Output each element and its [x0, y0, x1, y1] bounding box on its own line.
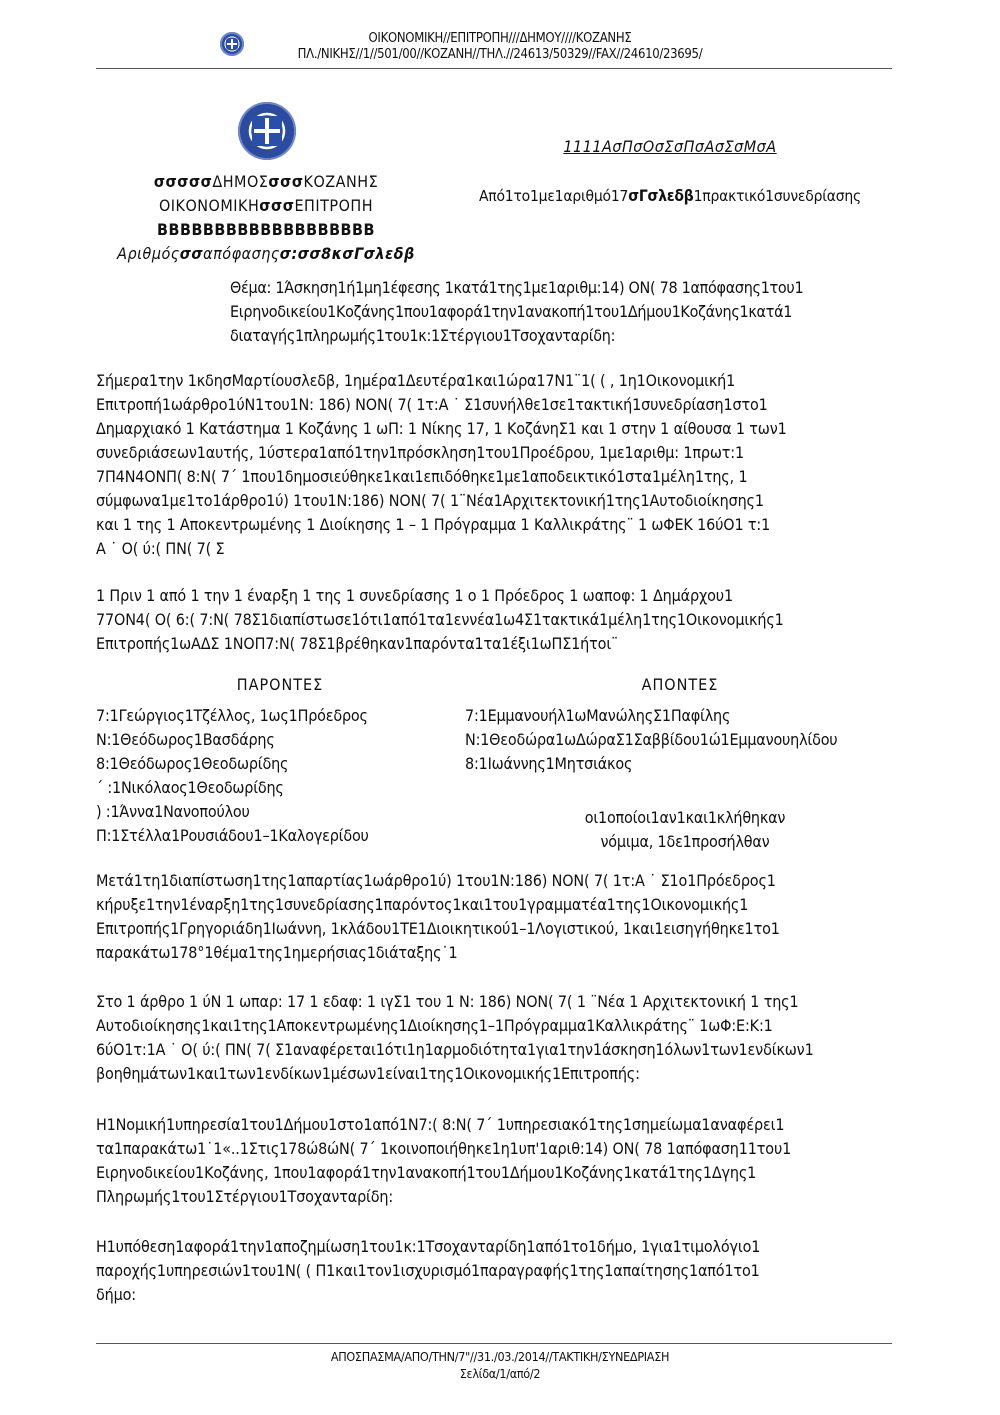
decision-number: Αριθμόςσσαπόφασηςσ:σσ8κσΓσλεδβ: [96, 242, 436, 266]
absent-list: 7:1Εμμανουήλ1ωΜανώληςΣ1Παφίλης Ν:1Θεοδώρ…: [465, 704, 905, 776]
paragraph-opening-declared: Μετά1τη1διαπίστωση1της1απαρτίας1ωάρθρο1ύ…: [96, 869, 904, 965]
present-list: 7:1Γεώργιος1Τζέλλος, 1ως1Πρόεδρος Ν:1Θεό…: [96, 704, 466, 848]
header-line-1: ΟΙΚΟΝΟΜΙΚΗ//ΕΠΙΤΡΟΠΗ///ΔΗΜΟΥ////ΚΟΖΑΝΗΣ: [0, 31, 1000, 46]
paragraph-case-summary: Η1υπόθεση1αφορά1την1αποζημίωση1του1κ:1Τσ…: [96, 1235, 904, 1307]
list-item: ) :1Άννα1Νανοπούλου: [96, 800, 466, 824]
paragraph-legal-service: Η1Νομική1υπηρεσία1του1Δήμου1στο1από1Ν7:(…: [96, 1113, 904, 1209]
paragraph-legal-basis: Στο 1 άρθρο 1 ύΝ 1 ωπαρ: 17 1 εδαφ: 1 ιγ…: [96, 990, 904, 1086]
list-item: 7:1Γεώργιος1Τζέλλος, 1ως1Πρόεδρος: [96, 704, 466, 728]
footer-reference: ΑΠΟΣΠΑΣΜΑ/ΑΠΟ/ΤΗΝ/7"//31./03./2014//ΤΑΚΤ…: [0, 1349, 1000, 1364]
present-header: ΠΑΡΟΝΤΕΣ: [180, 675, 380, 694]
header-rule: [96, 68, 892, 69]
issuer-line-placeholder: BBBBBBBBBBBBBBBBBBB: [96, 218, 436, 242]
footer-rule: [96, 1343, 892, 1344]
absent-header: ΑΠΟΝΤΕΣ: [580, 675, 780, 694]
issuer-block: σσσσσΔΗΜΟΣσσσΚΟΖΑΝΗΣ ΟΙΚΟΝΟΜΙΚΗσσσΕΠΙΤΡΟ…: [96, 170, 436, 266]
list-item: 8:1Ιωάννης1Μητσιάκος: [465, 752, 905, 776]
absent-note: οι1οποίοι1αν1και1κλήθηκαν νόμιμα, 1δε1πρ…: [520, 806, 850, 854]
list-item: 7:1Εμμανουήλ1ωΜανώληςΣ1Παφίλης: [465, 704, 905, 728]
paragraph-quorum: 1 Πριν 1 από 1 την 1 έναρξη 1 της 1 συνε…: [96, 584, 904, 656]
issuer-line-committee: ΟΙΚΟΝΟΜΙΚΗσσσΕΠΙΤΡΟΠΗ: [96, 194, 436, 218]
document-title: 1111ΑσΠσΟσΣσΠσΑσΣσΜσΑ: [450, 137, 890, 156]
subject-block: Θέμα: 1Άσκηση1ή1μη1έφεσης 1κατά1της1με1α…: [230, 276, 905, 348]
issuer-emblem-icon: [238, 102, 296, 160]
issuer-line-municipality: σσσσσΔΗΜΟΣσσσΚΟΖΑΝΗΣ: [96, 170, 436, 194]
list-item: Π:1Στέλλα1Ρουσιάδου1–1Καλογερίδου: [96, 824, 466, 848]
list-item: 8:1Θεόδωρος1Θεοδωρίδης: [96, 752, 466, 776]
header-line-2: ΠΛ./ΝΙΚΗΣ//1//501/00//ΚΟΖΑΝΗ//ΤΗΛ.//2461…: [0, 47, 1000, 62]
list-item: Ν:1Θεοδώρα1ωΔώραΣ1Σαββίδου1ώ1Εμμανουηλίδ…: [465, 728, 905, 752]
list-item: ΄ :1Νικόλαος1Θεοδωρίδης: [96, 776, 466, 800]
paragraph-session-opening: Σήμερα1την 1κδησΜαρτίουσλεδβ, 1ημέρα1Δευ…: [96, 369, 904, 561]
document-subtitle: Από1το1με1αριθμό17σΓσλεδβ1πρακτικό1συνεδ…: [450, 187, 890, 205]
list-item: Ν:1Θεόδωρος1Βασδάρης: [96, 728, 466, 752]
page-number: Σελίδα/1/από/2: [0, 1366, 1000, 1381]
